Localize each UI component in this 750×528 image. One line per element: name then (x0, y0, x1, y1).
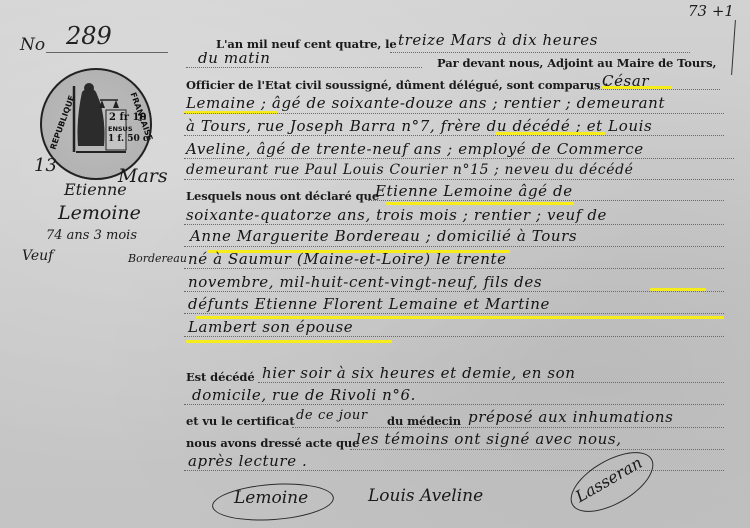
printed-text: Est décédé (186, 370, 255, 384)
rule-line (184, 113, 724, 114)
handwritten-text: Lambert son épouse (188, 318, 353, 336)
stamp-middle-text: ENSUS (108, 125, 133, 133)
handwritten-text: domicile, rue de Rivoli n°6. (192, 386, 416, 404)
rule-line (184, 404, 724, 405)
rule-line (184, 158, 734, 159)
handwritten-text: de ce jour (296, 408, 368, 423)
rule-line (184, 336, 724, 337)
handwritten-text: né à Saumur (Maine-et-Loire) le trente (188, 250, 507, 268)
handwritten-text: demeurant rue Paul Louis Courier n°15 ; … (186, 162, 634, 178)
handwritten-text: Lemaine ; âgé de soixante-douze ans ; re… (186, 94, 665, 112)
handwritten-text: du matin (198, 49, 270, 67)
handwritten-text: Anne Marguerite Bordereau ; domicilié à … (190, 227, 577, 245)
rule-line (184, 268, 724, 269)
printed-text: et vu le certificat (186, 414, 295, 428)
rule-line (184, 313, 724, 314)
handwritten-text: les témoins ont signé avec nous, (356, 430, 622, 448)
rule-line (184, 224, 724, 225)
rule-line (184, 291, 724, 292)
margin-first-name: Etienne (64, 180, 127, 199)
corner-annotation: 73 +1 (688, 2, 734, 20)
handwritten-text: novembre, mil-huit-cent-vingt-neuf, fils… (188, 273, 542, 291)
handwritten-text: Etienne Lemoine âgé de (375, 182, 573, 200)
margin-status: Veuf (22, 248, 53, 264)
margin-last-name: Lemoine (58, 202, 141, 224)
handwritten-text: préposé aux inhumations (468, 408, 673, 426)
corner-stroke (731, 20, 736, 75)
margin-day: 13 (34, 155, 57, 176)
margin-spouse-note: Bordereau (128, 252, 187, 265)
handwritten-text: défunts Etienne Florent Lemaine et Marti… (188, 295, 550, 313)
stamp-lower-value: 1 f. 50 c (108, 134, 148, 144)
rule-line (186, 67, 422, 68)
rule-line (184, 179, 734, 180)
handwritten-text: Aveline, âgé de trente-neuf ans ; employ… (186, 140, 644, 158)
civil-record-document: No 289 73 +1 2 fr 10 ENSUS 1 f. 50 c REP… (0, 0, 750, 528)
rule-line (390, 52, 690, 53)
printed-text: Par devant nous, Adjoint au Maire de Tou… (437, 56, 716, 70)
highlight (386, 202, 574, 205)
printed-text: Officier de l'Etat civil soussigné, dûme… (186, 78, 608, 92)
rule-line (368, 200, 724, 201)
number-label: No (20, 35, 45, 55)
rule-line (590, 89, 720, 90)
margin-age: 74 ans 3 mois (46, 228, 137, 243)
signature-1: Lemoine (234, 488, 308, 508)
record-number: 289 (66, 22, 112, 50)
handwritten-text: hier soir à six heures et demie, en son (262, 364, 576, 382)
rule-line (184, 246, 724, 247)
handwritten-text: treize Mars à dix heures (398, 31, 598, 49)
printed-text: nous avons dressé acte que (186, 436, 359, 450)
printed-text: Lesquels nous ont déclaré que (186, 189, 379, 203)
highlight (186, 340, 392, 343)
rule-line (258, 382, 724, 383)
number-underline (46, 52, 168, 53)
rule-line (184, 135, 724, 136)
rule-line (350, 449, 724, 450)
signature-2: Louis Aveline (368, 486, 483, 506)
handwritten-text: après lecture . (188, 452, 307, 470)
rule-line (292, 427, 724, 428)
handwritten-text: soixante-quatorze ans, trois mois ; rent… (186, 206, 607, 224)
printed-text: du médecin (387, 414, 461, 428)
